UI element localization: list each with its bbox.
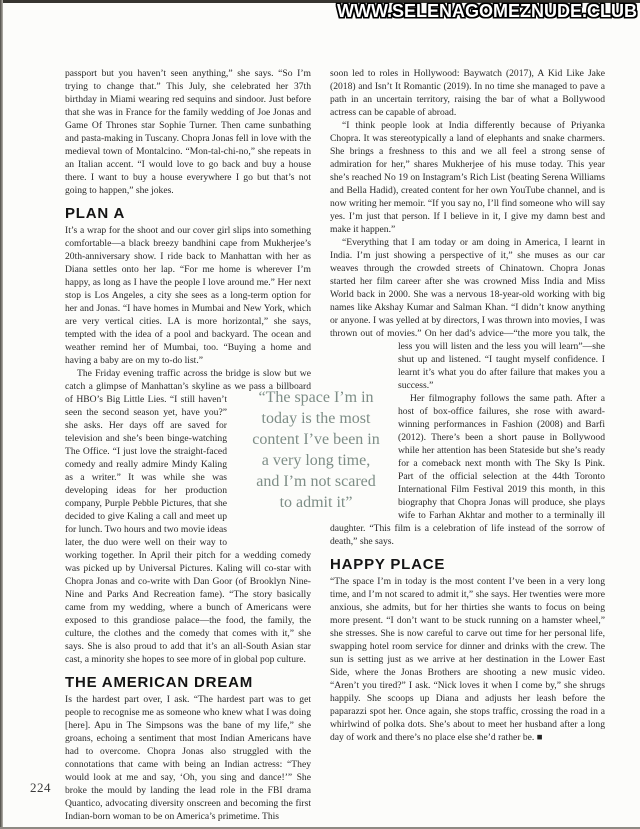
watermark: WWW.SELENAGOMEZNUDE.CLUB (337, 1, 637, 22)
pull-quote-line: today is the most (228, 408, 404, 429)
pull-quote-line: to admit it” (228, 492, 404, 513)
section-heading-plan-a: PLAN A (65, 206, 311, 222)
pull-quote-line: content I’ve been in (228, 429, 404, 450)
pull-quote-line: “The space I’m in (228, 387, 404, 408)
paragraph-happy-place: “The space I’m in today is the most cont… (330, 575, 605, 744)
section-heading-happy-place: HAPPY PLACE (330, 557, 605, 573)
pull-quote: “The space I’m in today is the most cont… (228, 387, 404, 513)
paragraph-passport: passport but you haven’t seen anything,”… (65, 67, 311, 197)
paragraph-plan-a: It’s a wrap for the shoot and our cover … (65, 224, 311, 367)
page-number: 224 (30, 780, 51, 796)
section-heading-american-dream: THE AMERICAN DREAM (65, 675, 311, 691)
page-edge-left (0, 0, 3, 829)
paragraph-hollywood-roles: soon led to roles in Hollywood: Baywatch… (330, 67, 605, 119)
paragraph-india-differently: “I think people look at India differentl… (330, 119, 605, 236)
pull-quote-line: a very long time, (228, 450, 404, 471)
magazine-page: WWW.SELENAGOMEZNUDE.CLUB passport but yo… (0, 0, 640, 829)
pull-quote-line: and I’m not scared (228, 471, 404, 492)
paragraph-american-dream: Is the hardest part over, I ask. “The ha… (65, 693, 311, 823)
